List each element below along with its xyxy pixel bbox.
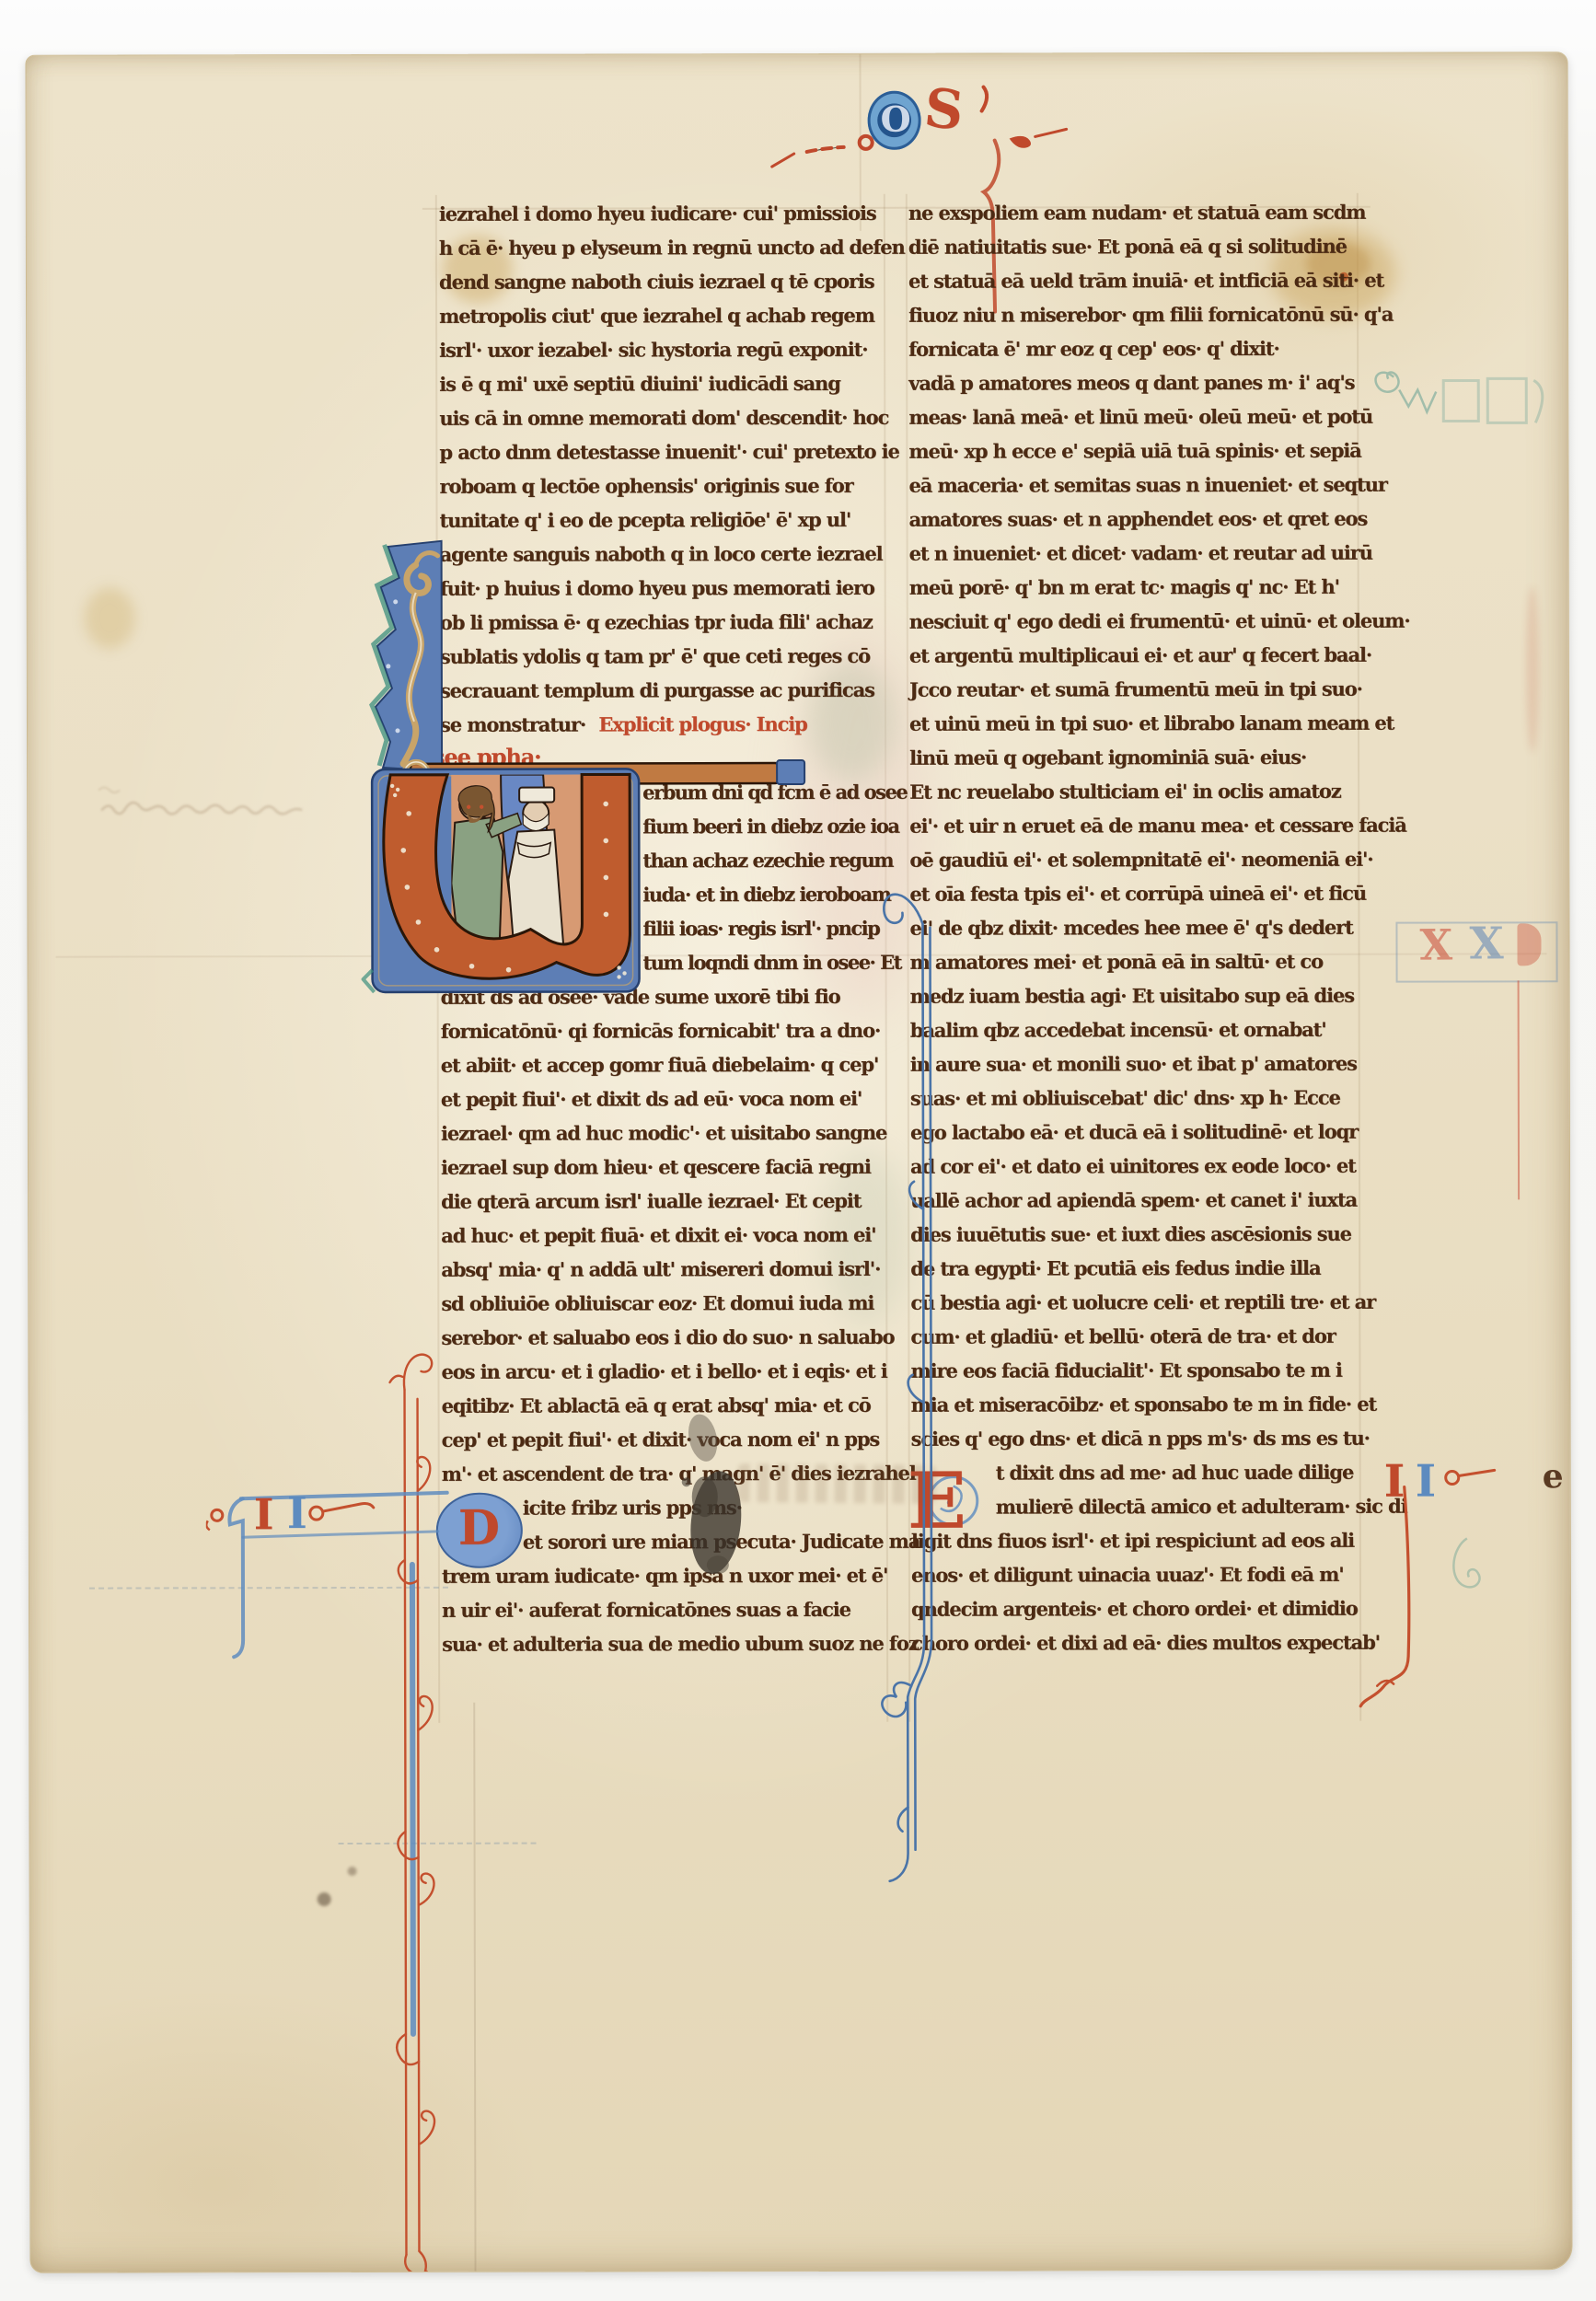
text-line: mire eos faciā fiducialit'· Et sponsabo … [910,1353,1370,1388]
text-line: cū bestia agi· et uolucre celi· et repti… [910,1285,1370,1320]
offset-stain-red [1526,586,1539,752]
text-line: vadā p amatores meos q dant panes m· i' … [908,365,1369,400]
intercolumn-flourish-bar [873,850,953,1904]
left-margin-flourish-bar [376,1335,457,2273]
text-line: oē gaudiū ei'· et solempnitatē ei'· neom… [909,842,1370,877]
text-line: ei' de qbz dixit· mcedes hee mee ē' q's … [909,910,1370,945]
chapter-mark-left: I I [206,1484,473,1669]
text-line: is ē q mi' uxē septiū diuini' iudicādi s… [439,366,899,401]
chapter-i-blue: I [287,1488,307,1539]
text-line: de tra egypti· Et pcutiā eis fedus indie… [910,1251,1370,1286]
text-line: n uir ei'· auferat fornicatōnes suas a f… [442,1592,902,1627]
manuscript-leaf: O S iezrahel i domo hyeu iudicare· cui' … [25,52,1572,2273]
faint-teal-guide-mark [1366,341,1572,457]
text-line: dies iuuētutis sue· et iuxt dies ascēsio… [910,1217,1370,1252]
running-header-letter-s: S [921,76,966,143]
ink-speck [348,1867,357,1876]
text-line: absq' mia· q' n addā ult' misereri domui… [441,1252,901,1287]
text-line: sd obliuiōe obliuiscar eoz· Et domui iud… [441,1286,901,1321]
et-line-1-text: t dixit dns ad me· ad huc uade dilige [996,1461,1354,1485]
text-line: et uinū meū in tpi suo· et librabo lanam… [909,706,1370,741]
stain-spot [85,588,135,649]
guide-red-blob [1517,923,1541,965]
historiated-initial-verbum [361,537,831,1007]
text-line: amatores suas· et n apphendet eos· et qr… [908,502,1369,537]
header-letter-s-glyph: S [921,76,966,143]
text-line: baalim qbz accedebat incensū· et ornabat… [910,1012,1370,1047]
text-line: eos in arcu· et i gladio· et i bello· et… [441,1354,901,1389]
faint-marginal-inscription [97,775,318,827]
text-line: Jcco reutar· et sumā frumentū meū in tpi… [909,672,1370,707]
text-line: qndecim argenteis· et choro ordei· et di… [911,1591,1371,1626]
text-line: nesciuit q' ego dedi ei frumentū· et uin… [909,604,1370,639]
guide-mark-xx: X X [1395,907,1572,1008]
text-line: ei'· et uir n eruet eā de manu mea· et c… [909,808,1370,843]
text-line: roboam q lectōe ophensis' originis sue f… [439,468,899,503]
text-line: meas· lanā meā· et linū meū· oleū meū· e… [908,399,1369,434]
text-line: m amatores mei· et ponā eā in saltū· et … [910,944,1370,979]
text-line: dend sangne naboth ciuis iezrael q tē cp… [439,264,899,299]
text-line: et abiit· et accep gomr fiuā diebelaim· … [441,1047,901,1082]
running-header-letter-o: O [868,91,921,150]
text-line: medz iuam bestia agi· Et uisitabo sup eā… [910,978,1370,1013]
right-column-text: ne exspoliem eam nudam· et statuā eam sc… [908,195,1371,1456]
text-line: meū porē· q' bn m erat tc· magis q' nc· … [909,570,1370,605]
text-line: mia et miseracōibz· et sponsabo te m in … [911,1387,1371,1422]
text-line: et argentū multiplicaui ei· et aur' q fe… [909,638,1370,673]
chapter-mark-left-penwork [206,1484,473,1669]
text-line: enos· et diligunt uinacia uuaz'· Et fodi… [911,1557,1371,1592]
text-line: iezrael sup dom hieu· et qescere faciā r… [441,1150,901,1185]
text-line: in aure sua· et monili suo· et ibat p' a… [910,1046,1370,1081]
text-line: fiuoz niu n miserebor· qm filii fornicat… [908,297,1369,332]
chapter-i-red: I [254,1489,274,1539]
ghost-offset-text [738,1463,936,1504]
text-line: linū meū q ogebant ignominiā suā· eius· [909,740,1370,775]
text-line: p acto dnm detestasse inuenit'· cui' pre… [439,434,899,469]
text-line: fornicata ē' mr eoz q cep' eos· q' dixit… [908,331,1369,366]
text-line: meū· xp h ecce e' sepiā uiā tuā spinis· … [908,434,1369,468]
text-line: ad huc· et pepit fiuā· et dixit ei· voca… [441,1218,901,1253]
text-line: fornicatōnū· qi fornicās fornicabit' tra… [441,1013,901,1048]
text-line: sua· et adulteria sua de medio ubum suoz… [442,1626,902,1661]
text-line: die qterā arcum isrl' iualle iezrael· Et… [441,1184,901,1219]
fold-crease-line [473,1703,476,2272]
text-line: iezrahel i domo hyeu iudicare· cui' pmis… [439,196,899,231]
text-line: isrl'· uxor iezabel· sic hystoria regū e… [439,332,899,367]
text-line: ego lactabo eā· et ducā eā i solitudinē·… [910,1115,1370,1150]
faint-teal-loop [1427,1532,1505,1601]
photo-background: O S iezrahel i domo hyeu iudicare· cui' … [0,0,1596,2301]
edge-glyph-e: e [1543,1457,1564,1496]
text-line: et pepit fiui'· et dixit ds ad eū· voca … [441,1081,901,1116]
text-line: et n inueniet· et dicet· vadam· et reuta… [909,536,1370,571]
text-line: et statuā eā ueld trām inuiā· et intfici… [908,263,1369,298]
text-line: Et nc reuelabo stulticiam ei' in oclis a… [909,774,1370,809]
text-line: h cā ē· hyeu p elyseum in regnū uncto ad… [439,230,899,265]
guide-red-line [1518,980,1520,1199]
text-line: choro ordei· et dixi ad eā· dies multos … [911,1625,1371,1660]
text-line: metropolis ciut' que iezrahel q achab re… [439,298,899,333]
text-line: ad cor ei'· et dato ei uinitores ex eode… [910,1149,1370,1184]
text-line: et oīa festa tpis ei'· et corrūpā uineā … [909,876,1370,911]
text-line: iezrael· qm ad huc modic'· et uisitabo s… [441,1116,901,1150]
text-line: scies q' ego dns· et dicā n pps m's· ds … [911,1421,1371,1456]
guide-x-blue: X [1469,918,1503,969]
text-line: uallē achor ad apiendā spem· et canet i'… [910,1183,1370,1218]
et-line-2-text: mulierē dilectā amico et adulteram· sic … [996,1495,1407,1519]
ink-speck [318,1892,331,1906]
text-line: cum· et gladiū· et bellū· oterā de tra· … [910,1319,1370,1354]
text-line: ne exspoliem eam nudam· et statuā eam sc… [908,195,1369,230]
guide-x-red: X [1419,920,1452,970]
text-line: tunitate q' i eo de pcepta religiōe' ē' … [439,503,899,538]
text-line: uis cā in omne memorati dom' descendit· … [439,400,899,435]
text-line: diē natiuitatis sue· Et ponā eā q si sol… [908,229,1369,264]
text-line: eā maceria· et semitas suas n inueniet· … [908,468,1369,503]
text-line: suas· et mi obliuiscebat' dic' dns· xp h… [910,1081,1370,1116]
right-margin-red-descender [1355,1481,1471,1725]
text-line: serebor· et saluabo eos i dio do suo· n … [441,1320,901,1355]
header-letter-o-glyph: O [881,98,911,140]
